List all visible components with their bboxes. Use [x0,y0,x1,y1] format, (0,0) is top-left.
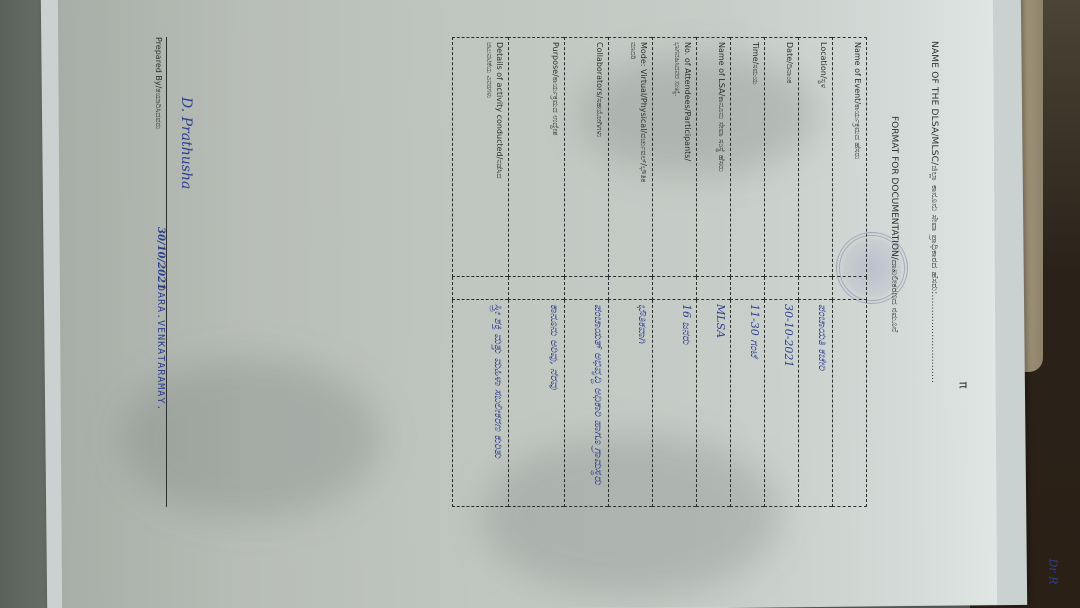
rotated-form: NAME OF THE DLSA/MLSC/ಜಿಲ್ಲಾ ಕಾನೂನು ಸೇವಾ… [115,1,975,541]
edge-handwritten-note: Dr R [1046,559,1059,585]
row-label: Purpose/ಕಾರ್ಯಕ್ರಮದ ಉದ್ದೇಶ [551,42,560,136]
form-row-attendees: No. of Attendees/Participants/ಭಾಗವಹಿಸಿದವ… [653,38,697,507]
row-value: 30-10-2021 [765,300,799,507]
form-subtitle: FORMAT FOR DOCUMENTATION/ದಾಖಲೀಕರಣದ ನಮೂನೆ [889,116,899,536]
row-value: ಭೌತಿಕವಾಗಿ [609,300,653,507]
prepared-by-label: Prepared By/ತಯಾರಿಸಿದವರು [154,37,163,129]
form-row-lsa-name: Name of LSA/ಕಾನೂನು ಸೇವಾ ಸಂಸ್ಥೆ ಹೆಸರು MLS… [697,38,731,507]
row-label: Date/ದಿನಾಂಕ [785,42,794,83]
row-value: ಕಾನೂನು ಅರಿವು, ನೆರವು [509,300,565,507]
form-row-mode: Mode: Virtual/Physical/ವರ್ಚುವಲ್/ಭೌತಿಕಮಾದ… [609,38,653,507]
row-value: ಪಂಚಾಯತ್ ಅಭಿವೃದ್ಧಿ ಅಧಿಕಾರಿ ಹಾಗೂ ಗ್ರಾಮಸ್ಥರ… [565,300,609,507]
documentation-form-table: Name of Event/ಕಾರ್ಯಕ್ರಮದ ಹೆಸರು Location/… [452,37,867,507]
row-label: Name of Event/ಕಾರ್ಯಕ್ರಮದ ಹೆಸರು [853,42,862,159]
row-label: Time/ಸಮಯ [751,42,760,85]
row-value: ಸ್ತ್ರೀ ಶಕ್ತಿ ಮತ್ತು ಮಹಿಳಾ ಸಬಲೀಕರಣ ಕುರಿತು [453,300,509,507]
form-row-location: Location/ಸ್ಥಳ ಪಂಚಾಯತಿ ಕಚೇರಿ [799,38,833,507]
form-row-date: Date/ದಿನಾಂಕ 30-10-2021 [765,38,799,507]
header-title: NAME OF THE DLSA/MLSC/ಜಿಲ್ಲಾ ಕಾನೂನು ಸೇವಾ… [929,41,939,521]
row-value: 16 ಜನರು [653,300,697,507]
row-label: Collaborators/ಸಹಯೋಗಿಗಳು [595,42,604,137]
handwritten-signature: D. Prathusha [178,97,194,189]
form-row-activity-details: Details of activity conducted/ನಡೆಸಿದಚಟುವ… [453,38,509,507]
row-label: No. of Attendees/Participants/ [683,42,692,161]
form-row-time: Time/ಸಮಯ 11-30 ಗಂಟೆ [731,38,765,507]
officer-name: DARA.VENKATARAMAY. [155,285,166,411]
row-label: Details of activity conducted/ನಡೆಸಿದ [495,42,504,179]
prepared-date: 30/10/2021 [155,227,166,290]
prepared-by-section: Prepared By/ತಯಾರಿಸಿದವರು D. Prathusha 30/… [141,37,167,507]
row-label: Location/ಸ್ಥಳ [819,42,828,88]
row-label: Mode: Virtual/Physical/ವರ್ಚುವಲ್/ಭೌತಿಕ [639,42,648,182]
row-value: 11-30 ಗಂಟೆ [731,300,765,507]
form-row-purpose: Purpose/ಕಾರ್ಯಕ್ರಮದ ಉದ್ದೇಶ ಕಾನೂನು ಅರಿವು, … [509,38,565,507]
form-row-collaborators: Collaborators/ಸಹಯೋಗಿಗಳು ಪಂಚಾಯತ್ ಅಭಿವೃದ್ಧ… [565,38,609,507]
row-value: ಪಂಚಾಯತಿ ಕಚೇರಿ [799,300,833,507]
form-row-event-name: Name of Event/ಕಾರ್ಯಕ್ರಮದ ಹೆಸರು [833,38,867,507]
row-value: MLSA [697,300,731,507]
row-value [833,300,867,507]
row-label: Name of LSA/ಕಾನೂನು ಸೇವಾ ಸಂಸ್ಥೆ ಹೆಸರು [717,42,726,172]
